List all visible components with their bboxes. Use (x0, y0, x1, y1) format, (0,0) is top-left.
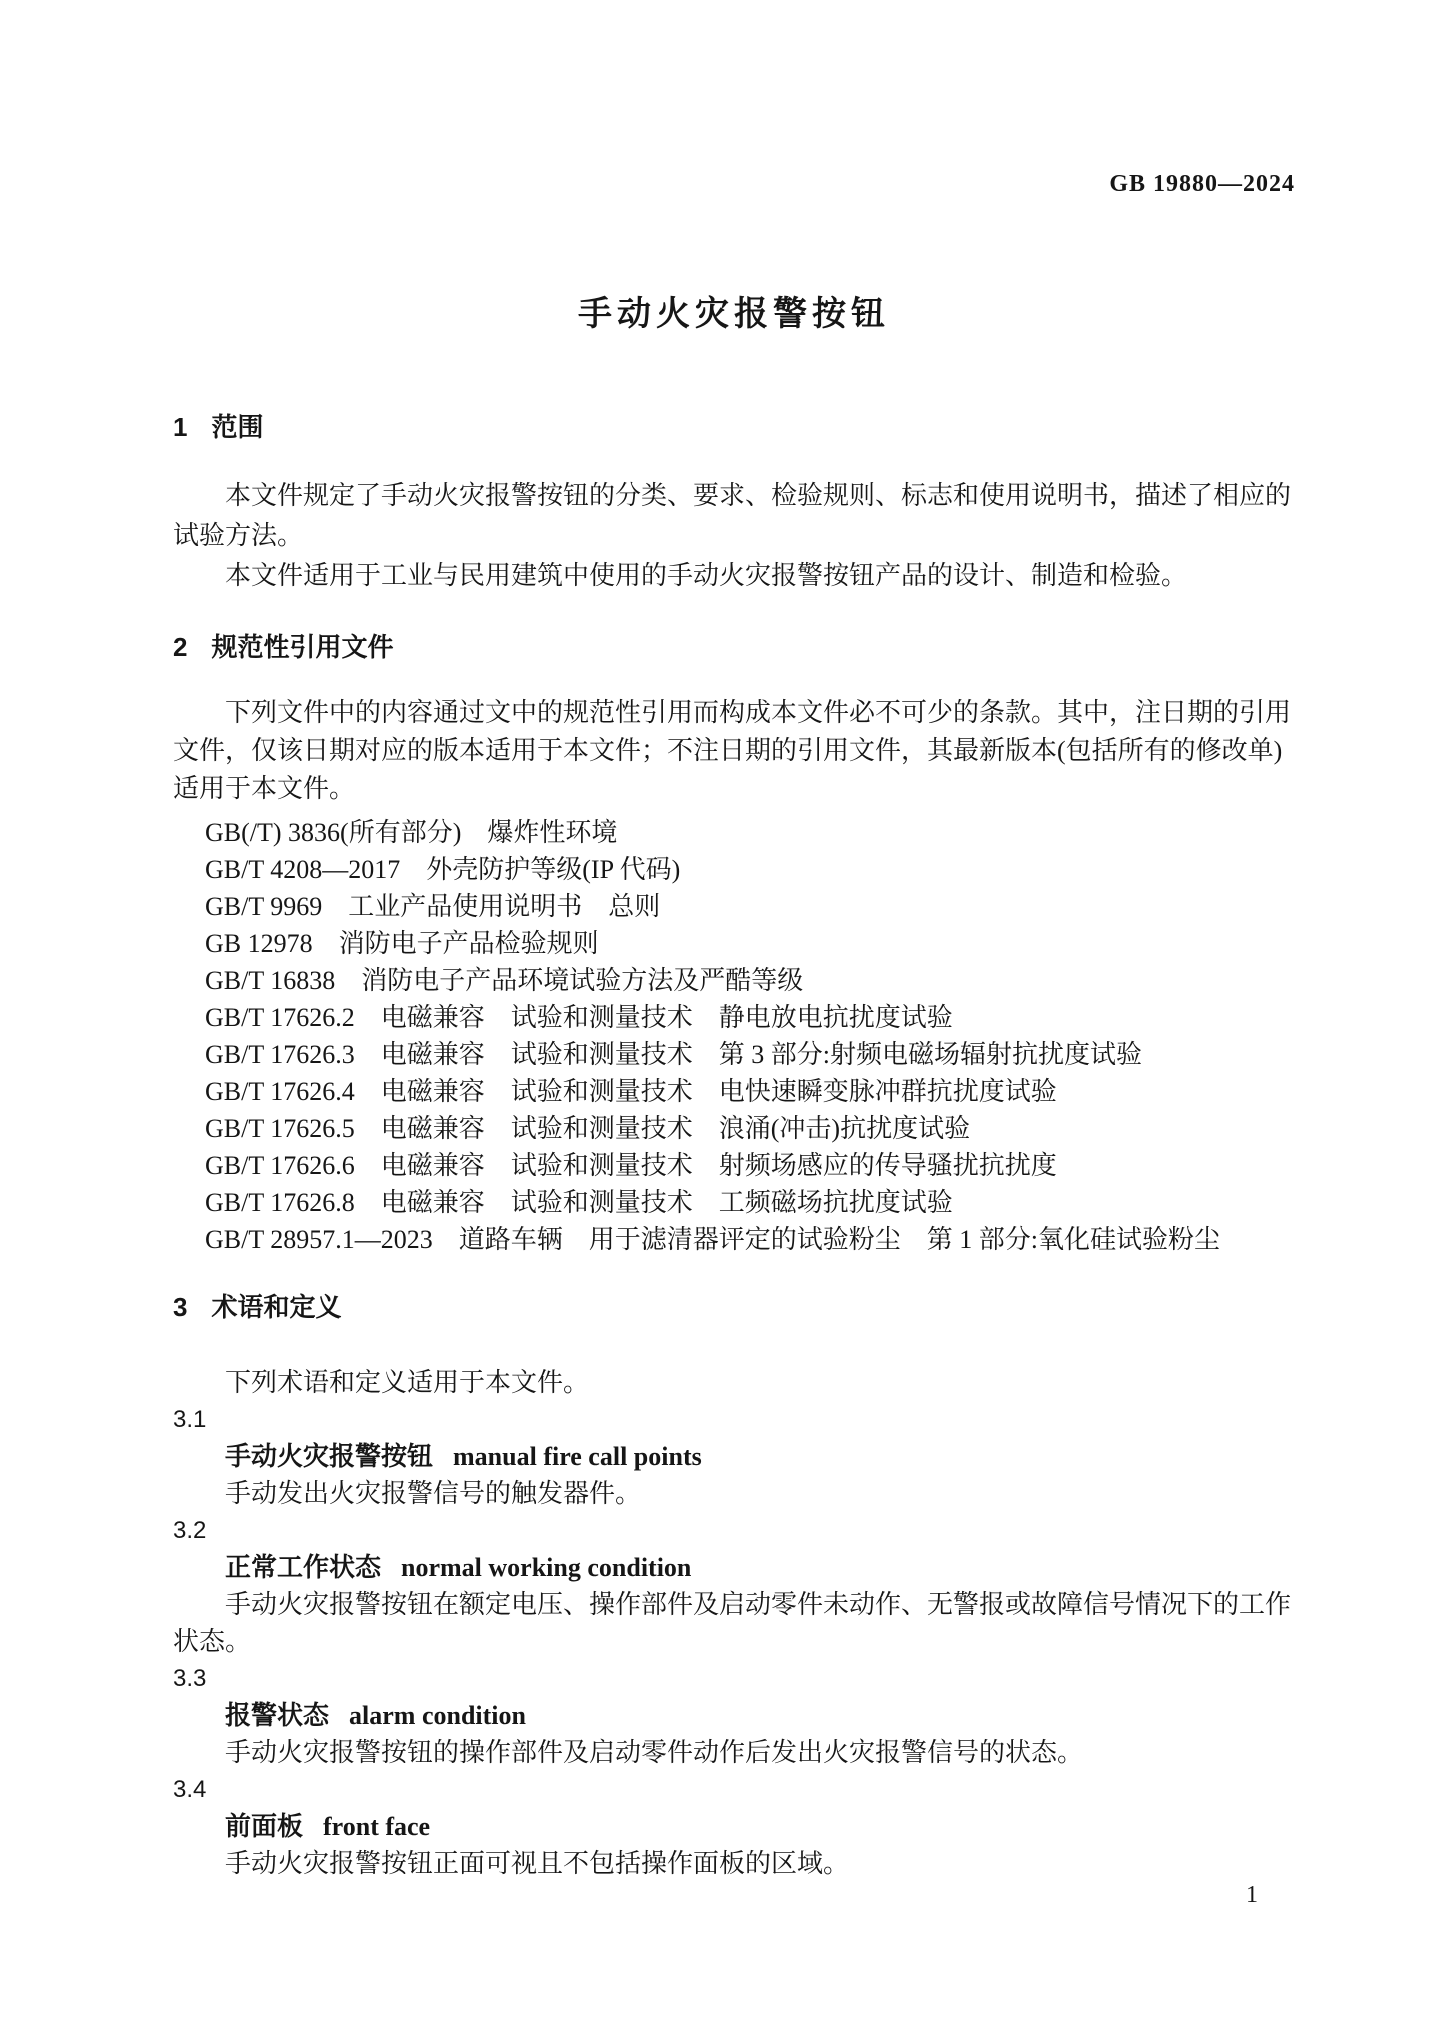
reference-item: GB 12978 消防电子产品检验规则 (205, 925, 1295, 962)
reference-item: GB/T 17626.5 电磁兼容 试验和测量技术 浪涌(冲击)抗扰度试验 (205, 1110, 1295, 1147)
reference-item: GB/T 17626.8 电磁兼容 试验和测量技术 工频磁场抗扰度试验 (205, 1184, 1295, 1221)
section-2-title: 规范性引用文件 (211, 632, 393, 662)
clause-number: 3.1 (173, 1401, 1295, 1438)
term-name: 前面板front face (173, 1808, 1295, 1845)
reference-item: GB/T 17626.6 电磁兼容 试验和测量技术 射频场感应的传导骚扰抗扰度 (205, 1147, 1295, 1184)
doc-number: GB 19880—2024 (173, 0, 1295, 198)
term-name: 手动火灾报警按钮manual fire call points (173, 1438, 1295, 1475)
term-name-en: alarm condition (349, 1701, 526, 1730)
term-definition: 手动火灾报警按钮在额定电压、操作部件及启动零件未动作、无警报或故障信号情况下的工… (173, 1586, 1295, 1660)
clause-number: 3.4 (173, 1771, 1295, 1808)
section-1-body: 本文件规定了手动火灾报警按钮的分类、要求、检验规则、标志和使用说明书，描述了相应… (173, 476, 1295, 596)
section-1-title: 范围 (211, 412, 263, 442)
term-definition: 手动发出火灾报警信号的触发器件。 (173, 1475, 1295, 1512)
reference-item: GB/T 16838 消防电子产品环境试验方法及严酷等级 (205, 962, 1295, 999)
term-name: 正常工作状态normal working condition (173, 1549, 1295, 1586)
reference-item: GB/T 28957.1—2023 道路车辆 用于滤清器评定的试验粉尘 第 1 … (205, 1221, 1295, 1258)
term-name-zh: 正常工作状态 (225, 1552, 381, 1582)
section-3-title: 术语和定义 (211, 1292, 341, 1322)
paragraph: 本文件规定了手动火灾报警按钮的分类、要求、检验规则、标志和使用说明书，描述了相应… (173, 476, 1295, 556)
term-name-en: front face (323, 1812, 430, 1841)
section-2-heading: 2规范性引用文件 (173, 632, 1295, 662)
term-name-en: normal working condition (401, 1553, 691, 1582)
paragraph: 本文件适用于工业与民用建筑中使用的手动火灾报警按钮产品的设计、制造和检验。 (173, 556, 1295, 596)
references-list: GB(/T) 3836(所有部分) 爆炸性环境 GB/T 4208—2017 外… (173, 814, 1295, 1258)
clause-number: 3.3 (173, 1660, 1295, 1697)
section-3-number: 3 (173, 1292, 187, 1322)
section-1-heading: 1范围 (173, 412, 1295, 442)
section-3-heading: 3术语和定义 (173, 1292, 1295, 1322)
terms-intro: 下列术语和定义适用于本文件。 (173, 1364, 1295, 1401)
reference-item: GB/T 4208—2017 外壳防护等级(IP 代码) (205, 851, 1295, 888)
term-definition: 手动火灾报警按钮正面可视且不包括操作面板的区域。 (173, 1845, 1295, 1882)
reference-item: GB/T 9969 工业产品使用说明书 总则 (205, 888, 1295, 925)
terms-section: 下列术语和定义适用于本文件。 3.1 手动火灾报警按钮manual fire c… (173, 1364, 1295, 1882)
term-name: 报警状态alarm condition (173, 1697, 1295, 1734)
reference-item: GB(/T) 3836(所有部分) 爆炸性环境 (205, 814, 1295, 851)
term-name-en: manual fire call points (453, 1442, 702, 1471)
term-name-zh: 前面板 (225, 1811, 303, 1841)
clause-number: 3.2 (173, 1512, 1295, 1549)
term-name-zh: 报警状态 (225, 1700, 329, 1730)
standard-document-page: GB 19880—2024 手动火灾报警按钮 1范围 本文件规定了手动火灾报警按… (0, 0, 1445, 2044)
reference-item: GB/T 17626.4 电磁兼容 试验和测量技术 电快速瞬变脉冲群抗扰度试验 (205, 1073, 1295, 1110)
term-name-zh: 手动火灾报警按钮 (225, 1441, 433, 1471)
references-intro: 下列文件中的内容通过文中的规范性引用而构成本文件必不可少的条款。其中，注日期的引… (173, 694, 1295, 808)
page-title: 手动火灾报警按钮 (173, 294, 1295, 334)
section-2-number: 2 (173, 632, 187, 662)
reference-item: GB/T 17626.2 电磁兼容 试验和测量技术 静电放电抗扰度试验 (205, 999, 1295, 1036)
reference-item: GB/T 17626.3 电磁兼容 试验和测量技术 第 3 部分:射频电磁场辐射… (205, 1036, 1295, 1073)
page-number: 1 (1246, 1882, 1258, 1909)
section-1-number: 1 (173, 412, 187, 442)
term-definition: 手动火灾报警按钮的操作部件及启动零件动作后发出火灾报警信号的状态。 (173, 1734, 1295, 1771)
